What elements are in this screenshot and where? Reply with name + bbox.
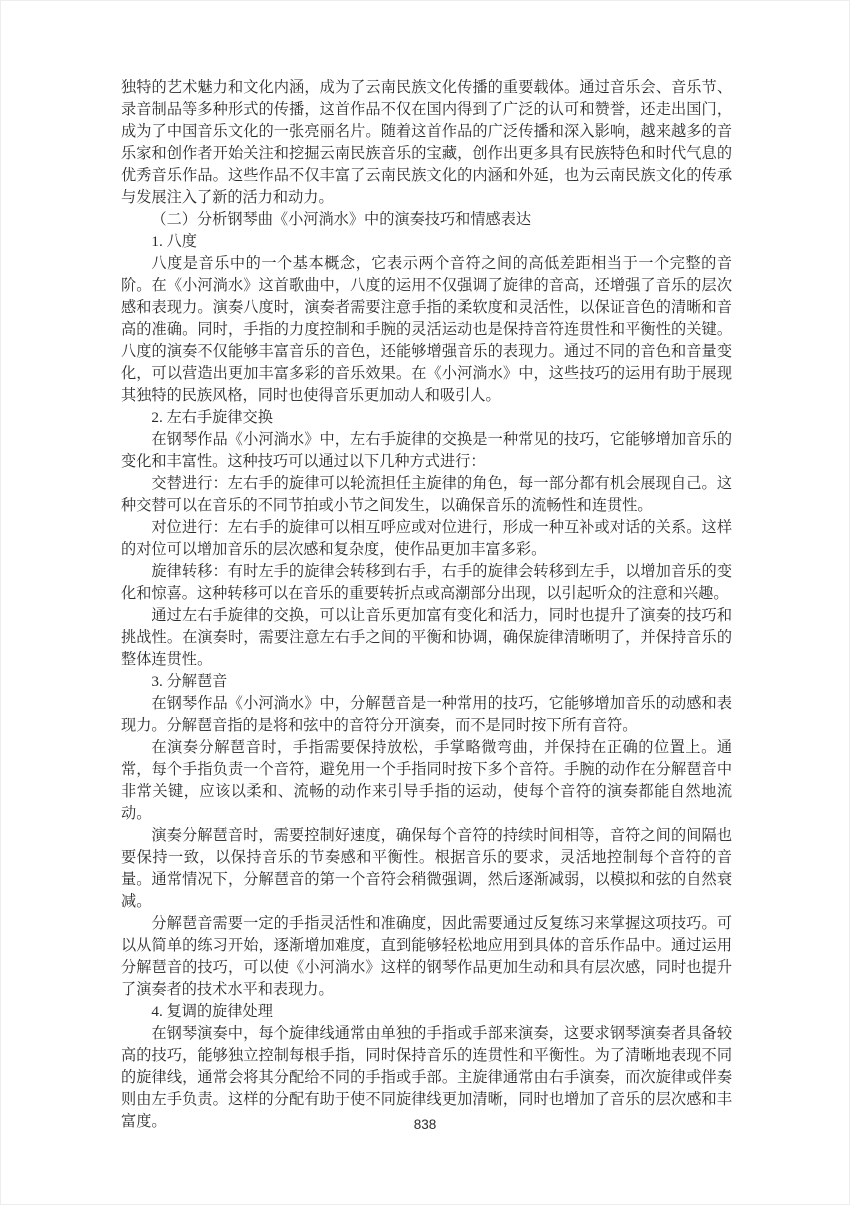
paragraph: 在钢琴作品《小河淌水》中，左右手旋律的交换是一种常见的技巧，它能够增加音乐的变化… bbox=[121, 429, 732, 473]
heading: 1. 八度 bbox=[121, 231, 732, 253]
paragraph: 独特的艺术魅力和文化内涵，成为了云南民族文化传播的重要载体。通过音乐会、音乐节、… bbox=[121, 77, 732, 209]
paragraph: 在钢琴作品《小河淌水》中，分解琶音是一种常用的技巧，它能够增加音乐的动感和表现力… bbox=[121, 693, 732, 737]
paragraph: 八度是音乐中的一个基本概念，它表示两个音符之间的高低差距相当于一个完整的音阶。在… bbox=[121, 253, 732, 407]
paragraph: 演奏分解琶音时，需要控制好速度，确保每个音符的持续时间相等，音符之间的间隔也要保… bbox=[121, 825, 732, 913]
heading: 3. 分解琶音 bbox=[121, 671, 732, 693]
document-page: 独特的艺术魅力和文化内涵，成为了云南民族文化传播的重要载体。通过音乐会、音乐节、… bbox=[0, 0, 850, 1205]
heading: 4. 复调的旋律处理 bbox=[121, 1001, 732, 1023]
paragraph: 交替进行：左右手的旋律可以轮流担任主旋律的角色，每一部分都有机会展现自己。这种交… bbox=[121, 473, 732, 517]
paragraph: 在演奏分解琶音时，手指需要保持放松，手掌略微弯曲，并保持在正确的位置上。通常，每… bbox=[121, 737, 732, 825]
heading: 2. 左右手旋律交换 bbox=[121, 407, 732, 429]
paragraph: 对位进行：左右手的旋律可以相互呼应或对位进行，形成一种互补或对话的关系。这样的对… bbox=[121, 517, 732, 561]
page-number: 838 bbox=[1, 1117, 849, 1132]
heading: （二）分析钢琴曲《小河淌水》中的演奏技巧和情感表达 bbox=[121, 209, 732, 231]
paragraph: 分解琶音需要一定的手指灵活性和准确度，因此需要通过反复练习来掌握这项技巧。可以从… bbox=[121, 913, 732, 1001]
document-body: 独特的艺术魅力和文化内涵，成为了云南民族文化传播的重要载体。通过音乐会、音乐节、… bbox=[121, 77, 732, 1133]
paragraph: 旋律转移：有时左手的旋律会转移到右手，右手的旋律会转移到左手，以增加音乐的变化和… bbox=[121, 561, 732, 605]
paragraph: 通过左右手旋律的交换，可以让音乐更加富有变化和活力，同时也提升了演奏的技巧和挑战… bbox=[121, 605, 732, 671]
